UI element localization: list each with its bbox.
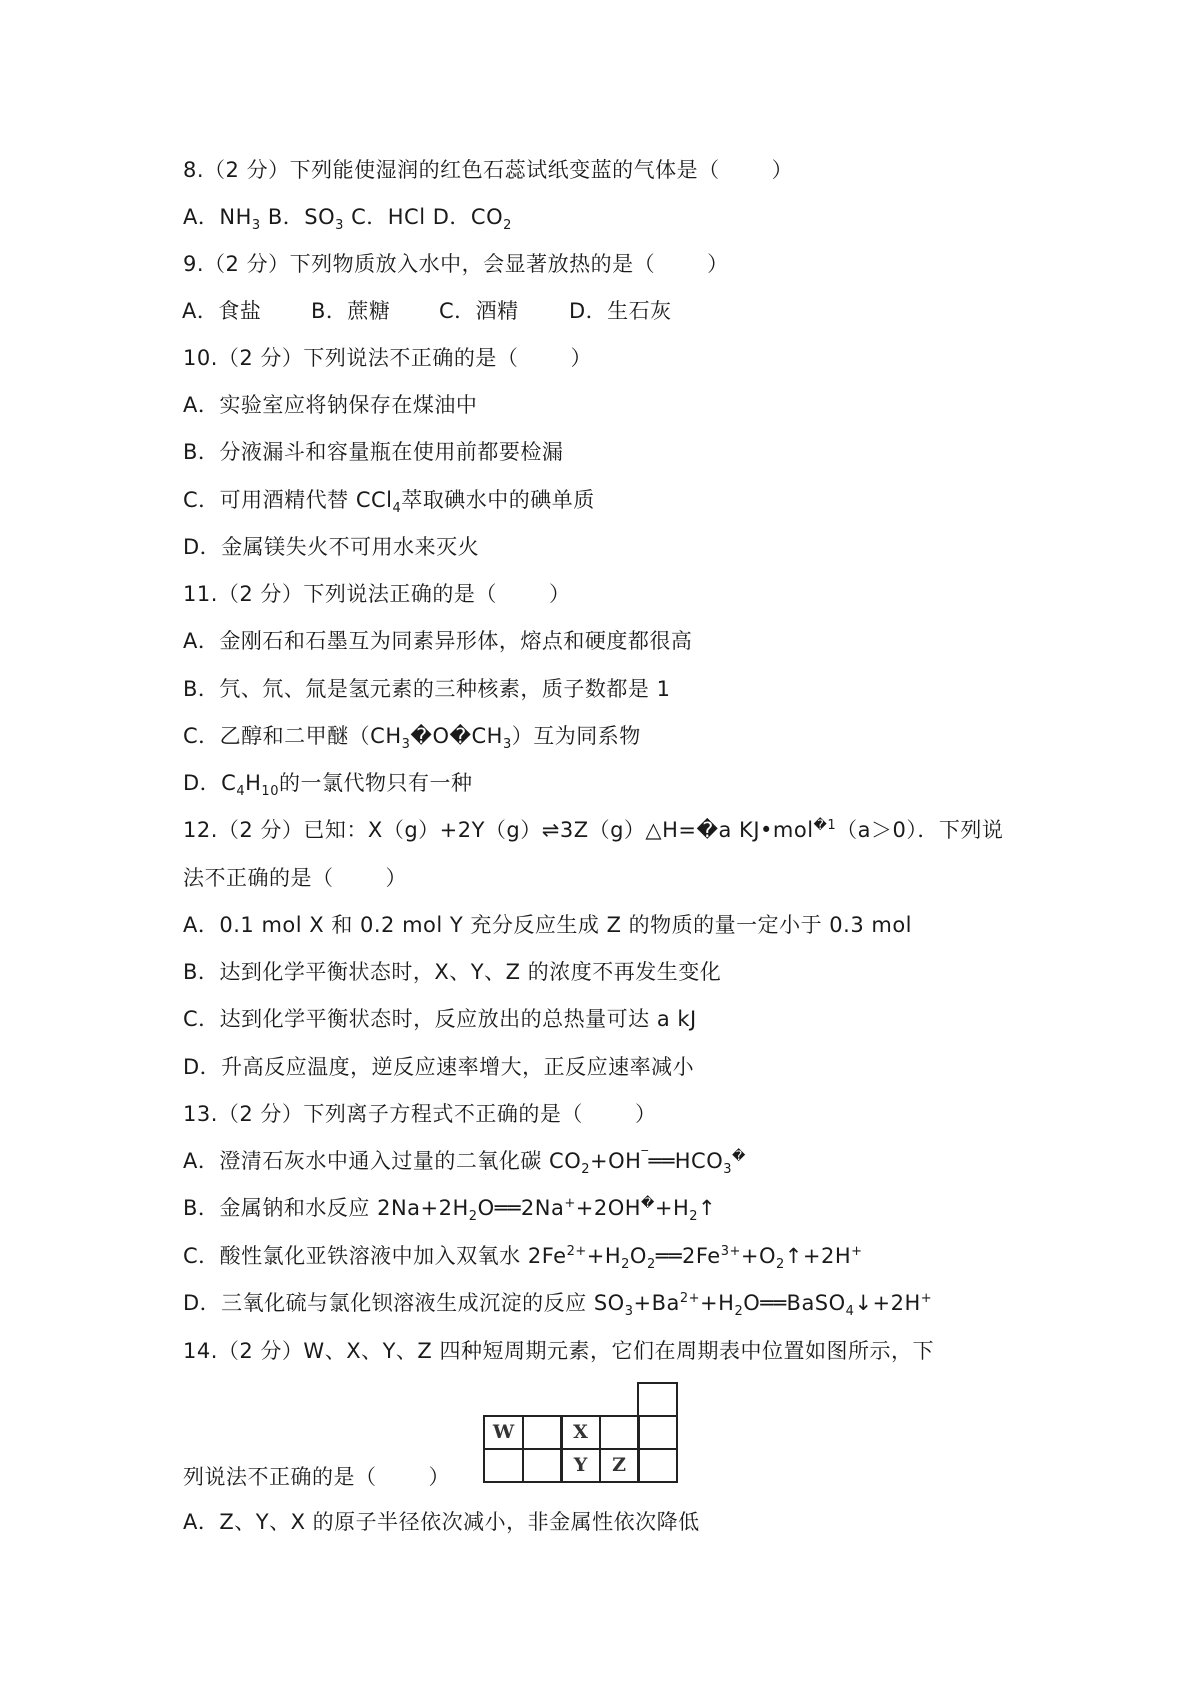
question-14-option-a: A．Z、Y、X 的原子半径依次减小，非金属性依次降低 [183,1507,700,1537]
question-text: 8.（2 分）下列能使湿润的红色石蕊试纸变蓝的气体是（ [183,158,720,182]
periodic-table-figure: W X Y Z [483,1382,677,1481]
question-12-stem-line2: 法不正确的是（） [183,863,407,893]
option-b: B．蔗糖 [311,296,390,326]
question-14-stem-line2: 列说法不正确的是（） [183,1462,450,1492]
question-14-stem: 14.（2 分）W、X、Y、Z 四种短周期元素，它们在周期表中位置如图所示，下 [183,1336,934,1366]
option-d: D．生石灰 [569,296,672,326]
close-paren: ） [635,1102,657,1126]
question-11-option-d: D．C4H10的一氯代物只有一种 [183,768,472,798]
question-10-option-a: A．实验室应将钠保存在煤油中 [183,390,477,420]
table-cell-empty [637,1448,678,1483]
question-10-stem: 10.（2 分）下列说法不正确的是（） [183,343,592,373]
question-9-options: A．食盐 B．蔗糖 C．酒精 D．生石灰 [0,296,1200,326]
question-10-option-d: D．金属镁失火不可用水来灭火 [183,532,479,562]
question-13-stem: 13.（2 分）下列离子方程式不正确的是（） [183,1099,656,1129]
close-paren: ） [386,866,408,890]
question-10-option-c: C．可用酒精代替 CCl4萃取碘水中的碘单质 [183,485,595,515]
question-13-option-d: D．三氧化硫与氯化钡溶液生成沉淀的反应 SO3+Ba2++H2O══BaSO4↓… [183,1288,932,1318]
question-11-option-a: A．金刚石和石墨互为同素异形体，熔点和硬度都很高 [183,626,692,656]
table-cell-z: Z [599,1448,640,1483]
close-paren: ） [772,158,794,182]
option-c: C．酒精 [439,296,519,326]
question-text: 10.（2 分）下列说法不正确的是（ [183,346,518,370]
question-13-option-a: A．澄清石灰水中通入过量的二氧化碳 CO2+OH‾══HCO3� [183,1146,746,1176]
table-cell-x: X [560,1415,601,1450]
table-cell-y: Y [560,1448,601,1483]
question-text: 14.（2 分）W、X、Y、Z 四种短周期元素，它们在周期表中位置如图所示，下 [183,1339,934,1363]
close-paren: ） [570,346,592,370]
question-9-stem: 9.（2 分）下列物质放入水中，会显著放热的是（） [183,249,729,279]
table-cell-empty [599,1415,640,1450]
question-8-stem: 8.（2 分）下列能使湿润的红色石蕊试纸变蓝的气体是（） [183,155,793,185]
question-10-option-b: B．分液漏斗和容量瓶在使用前都要检漏 [183,437,563,467]
option-a: A．食盐 [182,296,261,326]
question-11-stem: 11.（2 分）下列说法正确的是（） [183,579,570,609]
table-cell-empty [522,1448,563,1483]
option-c: C．HCl [351,202,425,232]
question-12-stem: 12.（2 分）已知：X（g）+2Y（g）⇌3Z（g）△H=�a KJ•mol�… [183,815,1003,845]
option-a: A．NH3 [183,202,261,232]
question-text: 11.（2 分）下列说法正确的是（ [183,582,497,606]
table-cell-empty [483,1448,524,1483]
question-13-option-c: C．酸性氯化亚铁溶液中加入双氧水 2Fe2++H2O2══2Fe3++O2↑+2… [183,1241,863,1271]
table-cell-empty [637,1415,678,1450]
table-cell-empty [637,1382,678,1417]
close-paren: ） [549,582,571,606]
question-12-option-d: D．升高反应温度，逆反应速率增大，正反应速率减小 [183,1052,694,1082]
close-paren: ） [707,252,729,276]
question-13-option-b: B．金属钠和水反应 2Na+2H2O══2Na++2OH�+H2↑ [183,1193,716,1223]
question-11-option-c: C．乙醇和二甲醚（CH3�O�CH3）互为同系物 [183,721,641,751]
question-8-options: A．NH3 B．SO3 C．HCl D．CO2 [183,202,512,232]
close-paren: ） [429,1465,451,1489]
exam-page: 8.（2 分）下列能使湿润的红色石蕊试纸变蓝的气体是（） A．NH3 B．SO3… [0,0,1200,1698]
question-text: 9.（2 分）下列物质放入水中，会显著放热的是（ [183,252,655,276]
question-12-option-b: B．达到化学平衡状态时，X、Y、Z 的浓度不再发生变化 [183,957,721,987]
option-d: D．CO2 [433,202,512,232]
question-11-option-b: B．氕、氘、氚是氢元素的三种核素，质子数都是 1 [183,674,670,704]
question-text: 13.（2 分）下列离子方程式不正确的是（ [183,1102,583,1126]
question-12-option-c: C．达到化学平衡状态时，反应放出的总热量可达 a kJ [183,1004,697,1034]
option-b: B．SO3 [268,202,344,232]
table-cell-w: W [483,1415,524,1450]
question-12-option-a: A．0.1 mol X 和 0.2 mol Y 充分反应生成 Z 的物质的量一定… [183,910,912,940]
table-cell-empty [522,1415,563,1450]
